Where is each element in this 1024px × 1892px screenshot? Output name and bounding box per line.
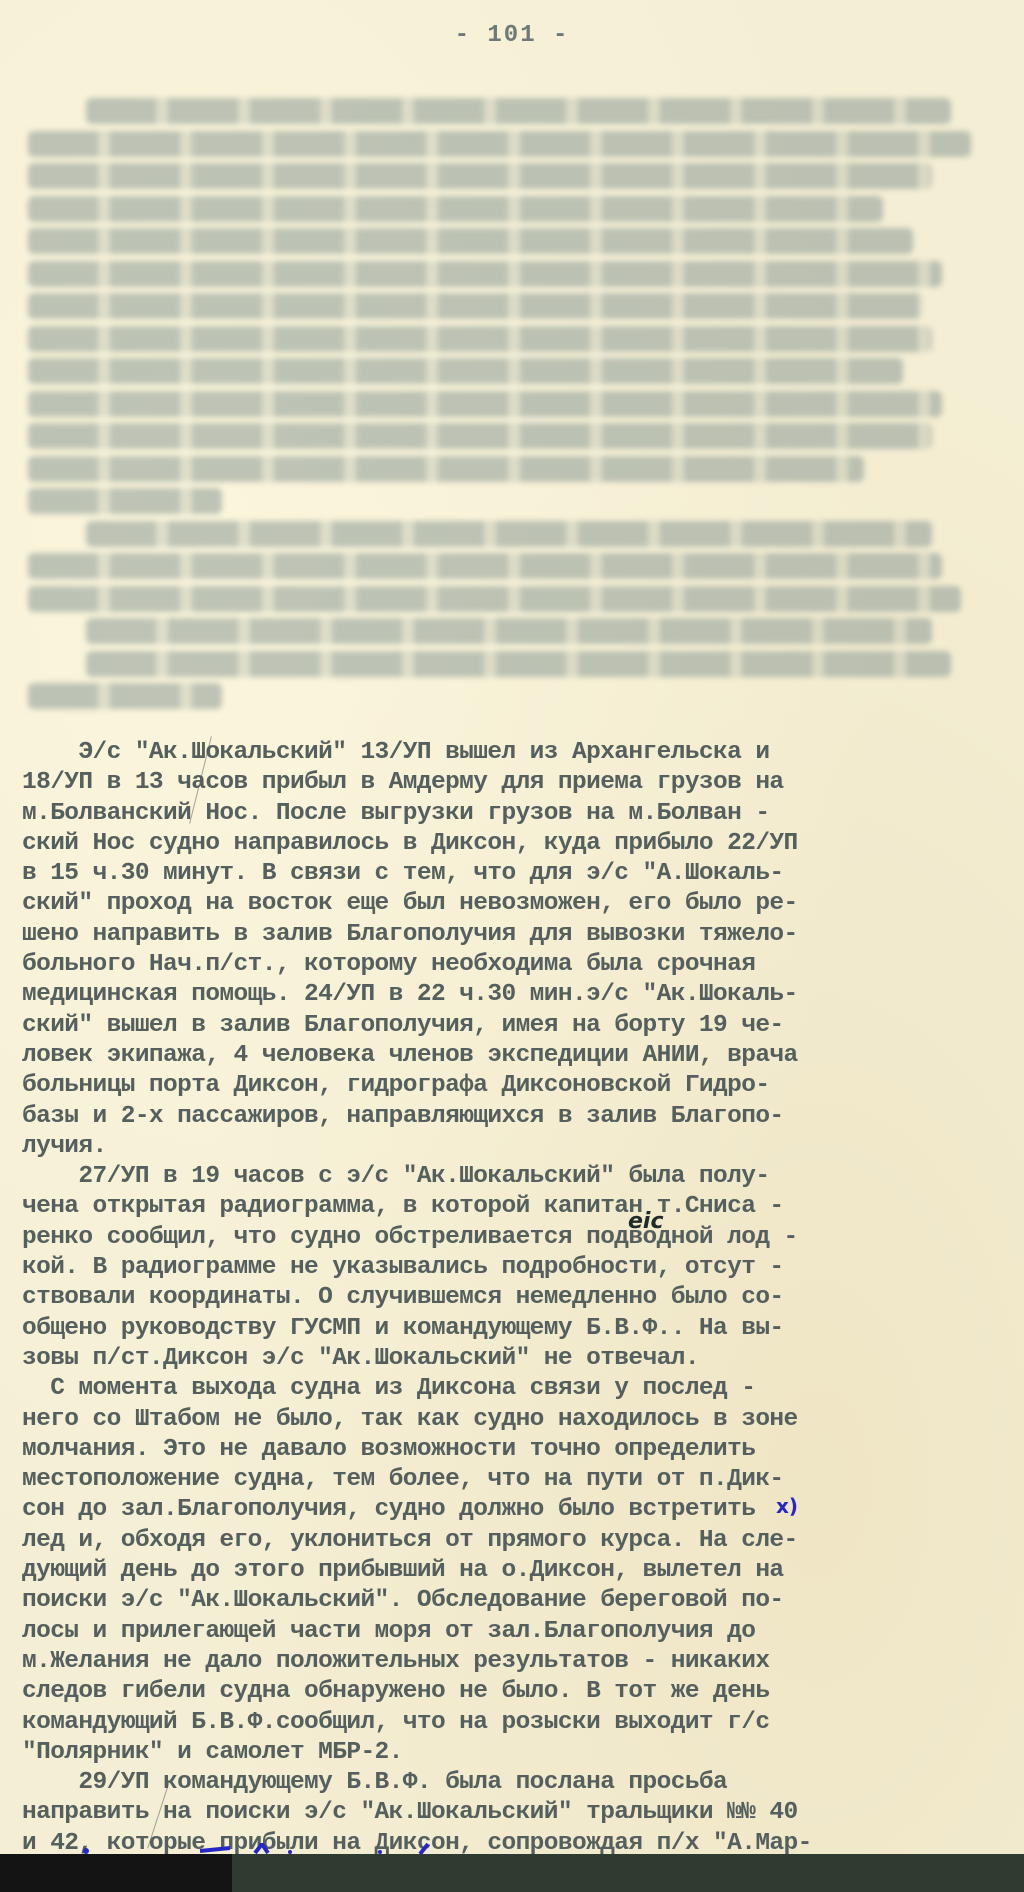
redacted-line: [28, 586, 961, 612]
text-line: чена открытая радиограмма, в которой кап…: [22, 1192, 1007, 1222]
text-line: молчания. Это не давало возможности точн…: [22, 1435, 1007, 1465]
text-line: лед и, обходя его, уклониться от прямого…: [22, 1526, 1007, 1556]
redacted-line: [28, 456, 864, 482]
text-line: 18/УП в 13 часов прибыл в Амдерму для пр…: [22, 768, 1007, 798]
redacted-line: [28, 293, 922, 319]
text-line: 29/УП командующему Б.В.Ф. была послана п…: [22, 1768, 1007, 1798]
text-line: следов гибели судна обнаружено не было. …: [22, 1677, 1007, 1707]
text-line: дующий день до этого прибывший на о.Дикс…: [22, 1556, 1007, 1586]
text-line: Э/с "Ак.Шокальский" 13/УП вышел из Архан…: [22, 738, 1007, 768]
redacted-line: [28, 391, 942, 417]
text-line: местоположение судна, тем более, что на …: [22, 1465, 1007, 1495]
text-line: м.Желания не дало положительных результа…: [22, 1647, 1007, 1677]
redacted-line: [28, 553, 942, 579]
text-line: в 15 ч.30 минут. В связи с тем, что для …: [22, 859, 1007, 889]
text-line: лосы и прилегающей части моря от зал.Бла…: [22, 1617, 1007, 1647]
text-line: сон до зал.Благополучия, судно должно бы…: [22, 1495, 1007, 1525]
redacted-section: [28, 92, 1000, 712]
text-line: ский Нос судно направилось в Диксон, куд…: [22, 829, 1007, 859]
text-line: С момента выхода судна из Диксона связи …: [22, 1374, 1007, 1404]
text-line: больницы порта Диксон, гидрографа Диксон…: [22, 1071, 1007, 1101]
handwritten-correction: eic: [628, 1209, 664, 1234]
text-line: направить на поиски э/с "Ак.Шокальский" …: [22, 1798, 1007, 1828]
text-line: ловек экипажа, 4 человека членов экспеди…: [22, 1041, 1007, 1071]
text-line: ствовали координаты. О случившемся немед…: [22, 1283, 1007, 1313]
text-line: медицинская помощь. 24/УП в 22 ч.30 мин.…: [22, 980, 1007, 1010]
text-line: общено руководству ГУСМП и командующему …: [22, 1314, 1007, 1344]
redacted-line: [28, 683, 222, 709]
redacted-line: [28, 228, 913, 254]
text-line: шено направить в залив Благополучия для …: [22, 920, 1007, 950]
redacted-line: [86, 521, 932, 547]
text-line: лучия.: [22, 1132, 1007, 1162]
text-line: командующий Б.В.Ф.сообщил, что на розыск…: [22, 1708, 1007, 1738]
text-line: 27/УП в 19 часов с э/с "Ак.Шокальский" б…: [22, 1162, 1007, 1192]
typewritten-body: Э/с "Ак.Шокальский" 13/УП вышел из Архан…: [22, 738, 1007, 1889]
text-line: больного Нач.п/ст., которому необходима …: [22, 950, 1007, 980]
redacted-line: [28, 196, 883, 222]
scan-border: [0, 1854, 1024, 1892]
text-line: ский" вышел в залив Благополучия, имея н…: [22, 1011, 1007, 1041]
text-line: ренко сообщил, что судно обстреливается …: [22, 1223, 1007, 1253]
text-line: поиски э/с "Ак.Шокальский". Обследование…: [22, 1586, 1007, 1616]
redacted-line: [28, 423, 932, 449]
text-line: зовы п/ст.Диксон э/с "Ак.Шокальский" не …: [22, 1344, 1007, 1374]
redacted-line: [86, 618, 932, 644]
text-line: м.Болванский Нос. После выгрузки грузов …: [22, 799, 1007, 829]
document-page: - 101 - Э/с "Ак.Шокальский" 13/УП вышел …: [0, 0, 1024, 1854]
page-number: - 101 -: [0, 22, 1024, 49]
redacted-line: [28, 261, 942, 287]
text-line: него со Штабом не было, так как судно на…: [22, 1405, 1007, 1435]
redacted-line: [86, 651, 951, 677]
redacted-line: [28, 326, 932, 352]
text-line: кой. В радиограмме не указывались подроб…: [22, 1253, 1007, 1283]
redacted-line: [28, 163, 932, 189]
text-line: базы и 2-х пассажиров, направляющихся в …: [22, 1102, 1007, 1132]
text-line: "Полярник" и самолет МБР-2.: [22, 1738, 1007, 1768]
scan-border-right: [232, 1854, 1024, 1892]
text-line: ский" проход на восток еще был невозможе…: [22, 889, 1007, 919]
redacted-line: [28, 131, 971, 157]
redacted-line: [86, 98, 951, 124]
redacted-line: [28, 488, 222, 514]
handwritten-insert-mark: x): [776, 1494, 798, 1518]
redacted-line: [28, 358, 903, 384]
